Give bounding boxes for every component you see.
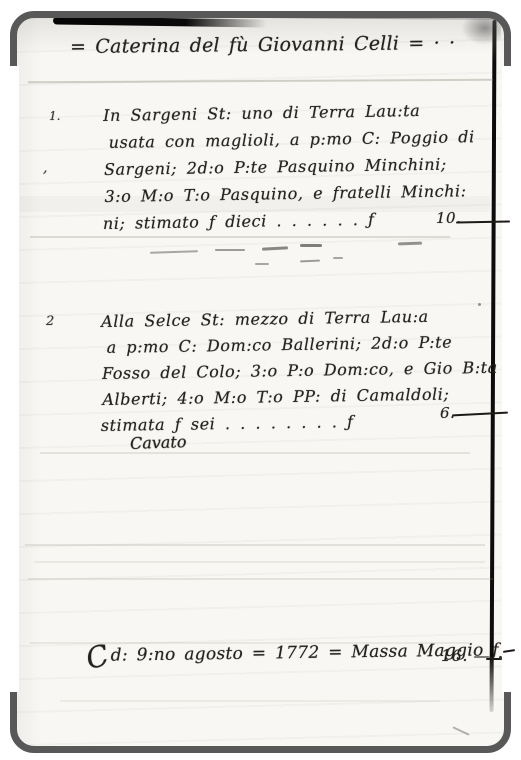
ghost-mark <box>255 263 269 265</box>
ghost-mark <box>215 249 245 251</box>
entry-1-number: 1. <box>49 109 60 123</box>
entry-2-note: Cavato <box>130 432 187 453</box>
footer-total-value: 16. — <box>441 646 490 665</box>
entry-2-value: 6. <box>440 404 455 422</box>
scan-streak <box>28 578 493 580</box>
stray-mark: , <box>43 160 47 176</box>
frame-left-side-mask <box>0 66 19 692</box>
footer-total-line: Cd: 9:no agosto = 1772 = Massa Maggio ƒ <box>86 634 499 674</box>
ghost-mark <box>333 257 343 259</box>
entry-1-value: 10. <box>436 209 461 227</box>
scanned-document-photo: = Caterina del fù Giovanni Celli = · · 1… <box>0 0 521 760</box>
footer-value-dot <box>499 656 502 659</box>
scan-streak <box>40 452 470 454</box>
footer-flourish: C <box>82 638 112 677</box>
entry-1-text: In Sargeni St: uno di Terra Lau:ta usata… <box>103 96 476 237</box>
frame-right-side-mask <box>502 66 521 692</box>
entry-2-number: 2 <box>46 314 54 329</box>
ghost-mark <box>300 244 322 247</box>
scan-streak <box>30 236 450 238</box>
scan-streak <box>25 544 485 546</box>
scan-streak <box>60 700 440 702</box>
document-title: = Caterina del fù Giovanni Celli = · · <box>70 32 456 58</box>
scan-streak <box>35 561 485 563</box>
